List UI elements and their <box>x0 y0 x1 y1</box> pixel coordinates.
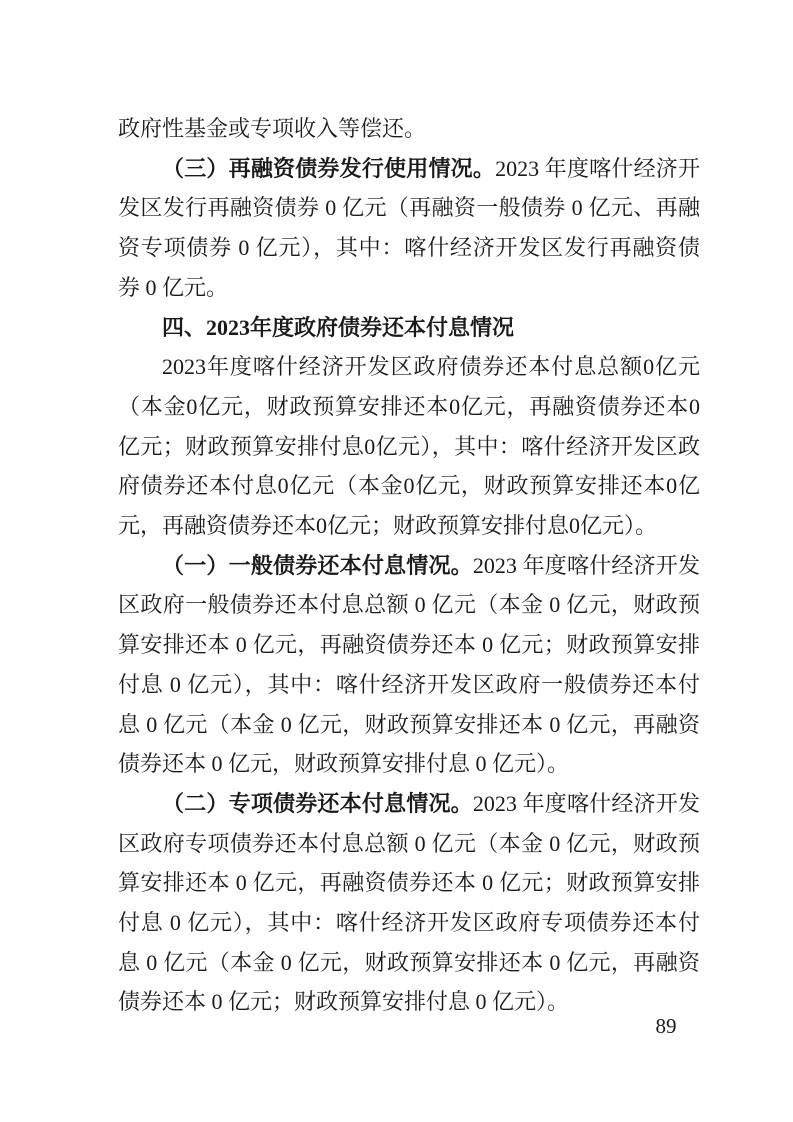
document-page: 政府性基金或专项收入等偿还。 （三）再融资债券发行使用情况。2023 年度喀什经… <box>0 0 793 1122</box>
paragraph-debt-service-summary: 2023年度喀什经济开发区政府债券还本付息总额0亿元（本金0亿元，财政预算安排还… <box>118 347 700 546</box>
paragraph-general-bond-repayment: （一）一般债券还本付息情况。2023 年度喀什经济开发区政府一般债券还本付息总额… <box>118 546 700 784</box>
page-body-text: 政府性基金或专项收入等偿还。 （三）再融资债券发行使用情况。2023 年度喀什经… <box>118 109 700 1022</box>
page-number: 89 <box>648 1012 684 1040</box>
paragraph-lead-sub-1: （一）一般债券还本付息情况。 <box>162 553 473 578</box>
paragraph-continuation: 政府性基金或专项收入等偿还。 <box>118 109 700 149</box>
paragraph-text-sub-1: 2023 年度喀什经济开发区政府一般债券还本付息总额 0 亿元（本金 0 亿元，… <box>118 553 700 777</box>
section-heading-debt-service: 四、2023年度政府债券还本付息情况 <box>118 308 700 348</box>
paragraph-lead-sub-2: （二）专项债券还本付息情况。 <box>162 791 473 816</box>
paragraph-text-sub-2: 2023 年度喀什经济开发区政府专项债券还本付息总额 0 亿元（本金 0 亿元，… <box>118 791 700 1015</box>
paragraph-special-bond-repayment: （二）专项债券还本付息情况。2023 年度喀什经济开发区政府专项债券还本付息总额… <box>118 784 700 1022</box>
paragraph-section-3-refinancing: （三）再融资债券发行使用情况。2023 年度喀什经济开发区发行再融资债券 0 亿… <box>118 149 700 308</box>
paragraph-lead-section-3: （三）再融资债券发行使用情况。 <box>162 156 495 181</box>
